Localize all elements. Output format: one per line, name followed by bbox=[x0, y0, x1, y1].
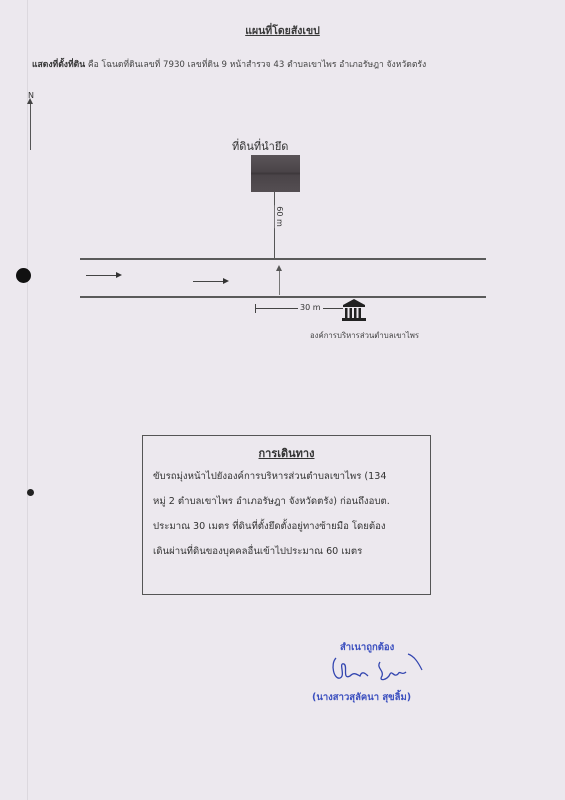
seized-land-parcel bbox=[251, 155, 300, 192]
intro-text: คือ โฉนดที่ดินเลขที่ 7930 เลขที่ดิน 9 หน… bbox=[88, 60, 426, 70]
north-arrow-icon bbox=[30, 102, 31, 150]
directions-line: เดินผ่านที่ดินของบุคคลอื่นเข้าไปประมาณ 6… bbox=[153, 544, 362, 559]
office-distance-label: 30 m bbox=[298, 303, 323, 312]
parcel-label: ที่ดินที่นำยึด bbox=[232, 137, 288, 155]
access-distance-label: 60 m bbox=[275, 205, 284, 228]
office-label: องค์การบริหารส่วนตำบลเขาไพร bbox=[310, 330, 419, 342]
intro-label: แสดงที่ตั้งที่ดิน bbox=[32, 60, 85, 70]
directions-box: การเดินทาง ขับรถมุ่งหน้าไปยังองค์การบริห… bbox=[142, 435, 431, 595]
ink-dot bbox=[27, 489, 34, 496]
signer-name: (นางสาวสุลัคนา สุขลิ้ม) bbox=[312, 690, 411, 705]
signature-icon bbox=[328, 650, 428, 690]
location-description: แสดงที่ตั้งที่ดิน คือ โฉนดที่ดินเลขที่ 7… bbox=[32, 57, 426, 71]
road-edge-top bbox=[80, 258, 486, 260]
page-fold-line bbox=[27, 0, 28, 800]
directions-line: หมู่ 2 ตำบลเขาไพร อำเภอรัษฎา จังหวัดตรัง… bbox=[153, 494, 390, 509]
road-edge-bottom bbox=[80, 296, 486, 298]
directions-line: ประมาณ 30 เมตร ที่ดินที่ตั้งยึดตั้งอยู่ท… bbox=[153, 519, 386, 534]
traffic-direction-arrow-icon bbox=[193, 281, 227, 282]
punch-hole bbox=[16, 268, 31, 283]
document-title: แผนที่โดยสังเขป bbox=[0, 22, 565, 39]
traffic-direction-arrow-icon bbox=[86, 275, 120, 276]
directions-line: ขับรถมุ่งหน้าไปยังองค์การบริหารส่วนตำบลเ… bbox=[153, 469, 386, 484]
directions-title: การเดินทาง bbox=[143, 444, 430, 462]
government-office-icon bbox=[341, 298, 367, 322]
turn-arrow-icon bbox=[279, 270, 280, 295]
